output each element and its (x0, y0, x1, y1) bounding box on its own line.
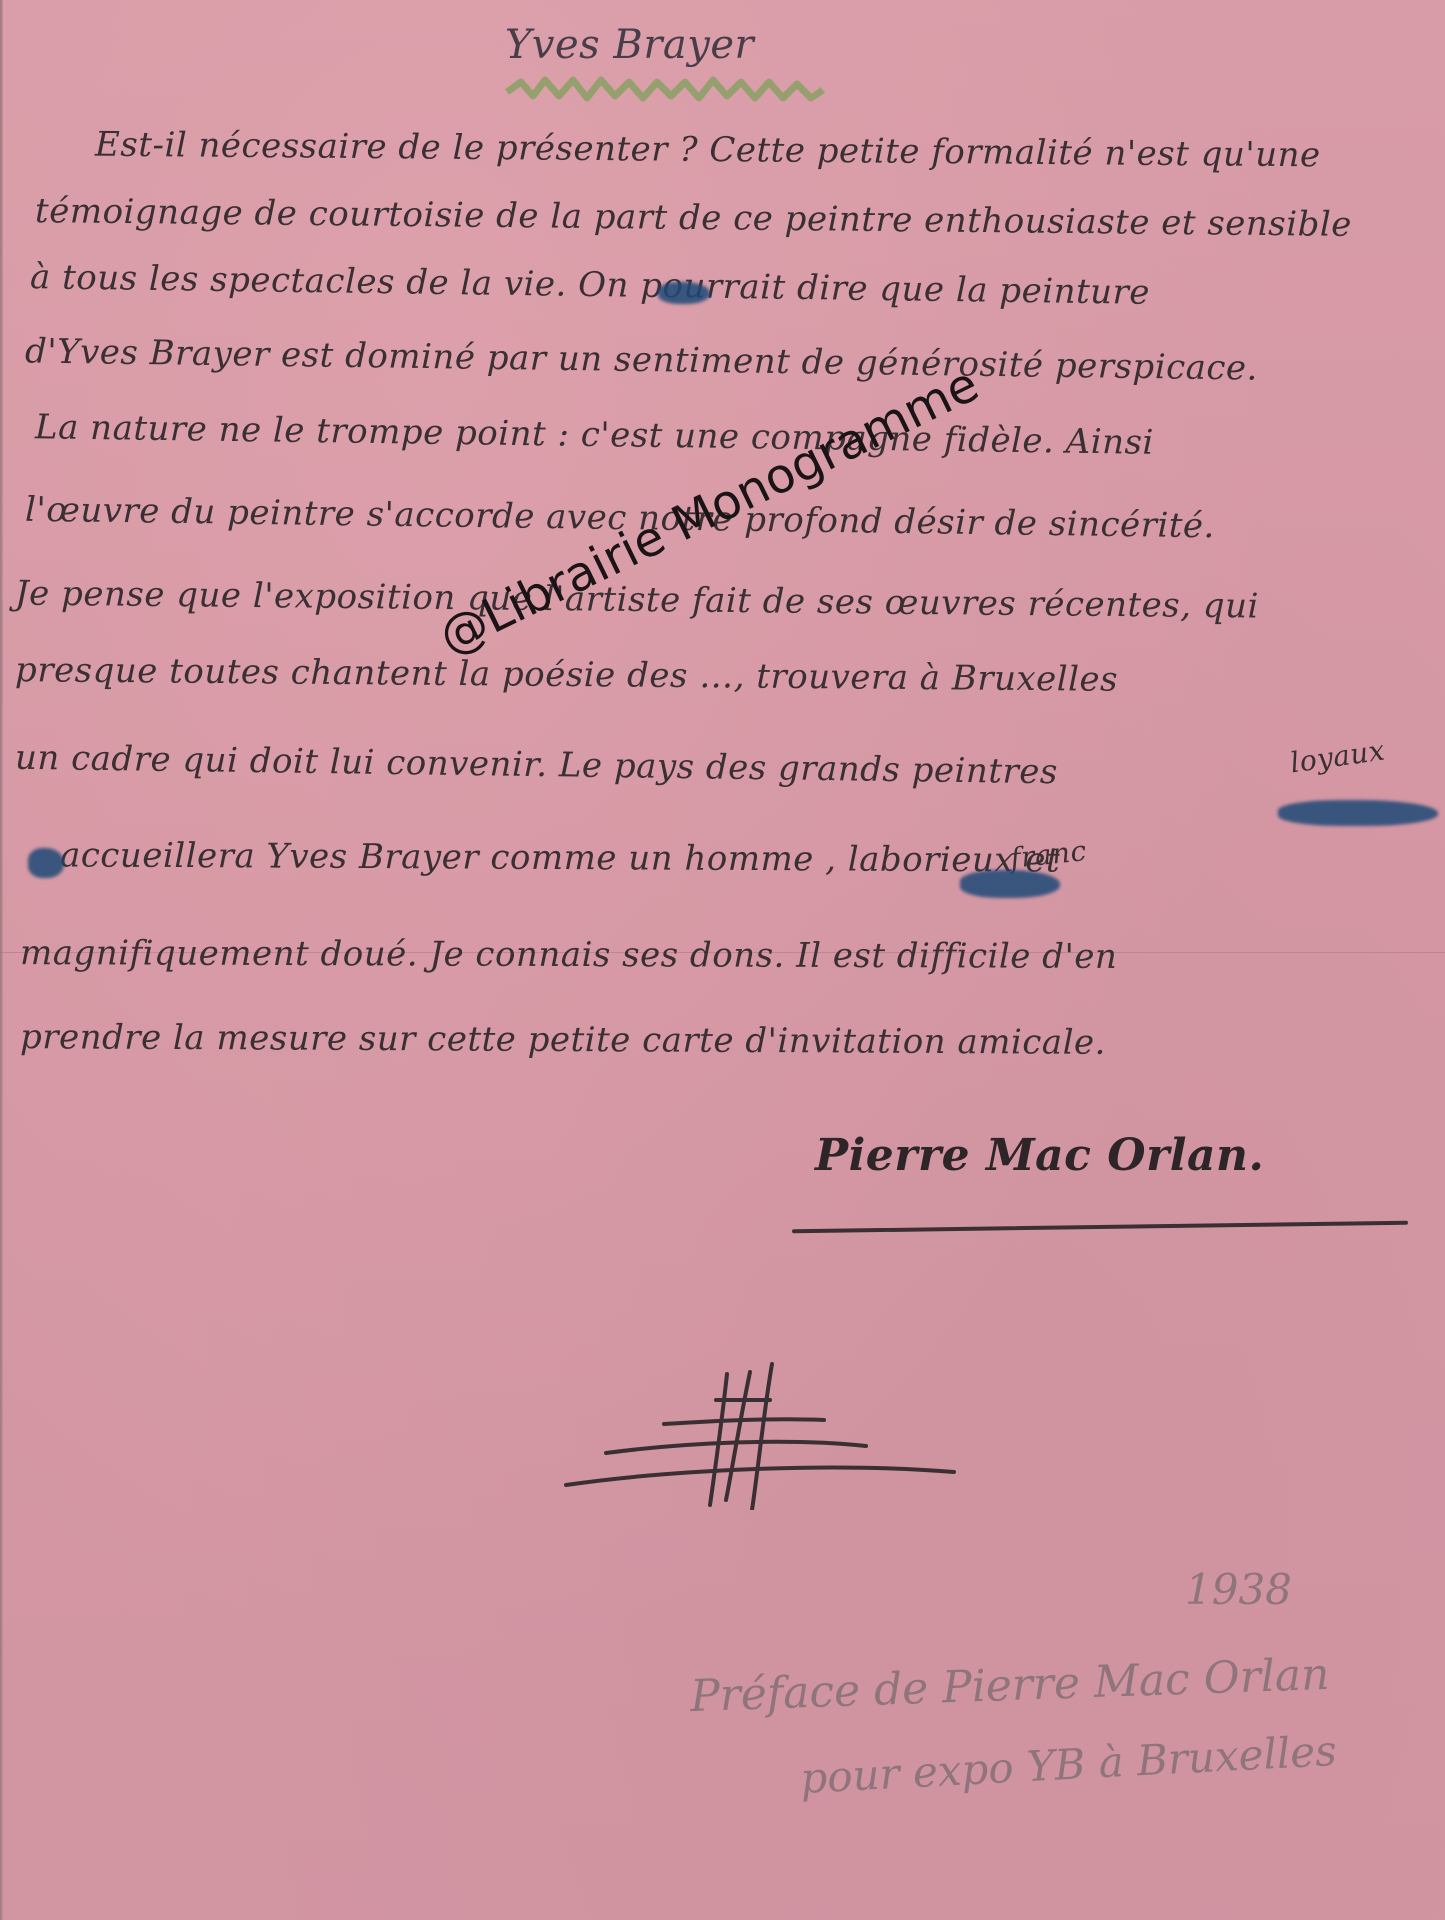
green-underline-squiggle (505, 72, 825, 108)
blue-strikeout (28, 848, 64, 878)
monogram-mark (550, 1340, 970, 1510)
letter-title: Yves Brayer (505, 22, 754, 68)
letter-line-10: accueillera Yves Brayer comme un homme ,… (60, 835, 1060, 880)
paper-edge (0, 0, 3, 1920)
blue-strikeout (960, 870, 1060, 898)
blue-strikeout (658, 282, 710, 304)
letter-line-12: prendre la mesure sur cette petite carte… (20, 1017, 1106, 1063)
letter-line-11: magnifiquement doué. Je connais ses dons… (20, 933, 1117, 977)
signature: Pierre Mac Orlan. (815, 1130, 1264, 1181)
blue-strikeout (1278, 800, 1438, 826)
pencil-year: 1938 (1185, 1565, 1292, 1614)
